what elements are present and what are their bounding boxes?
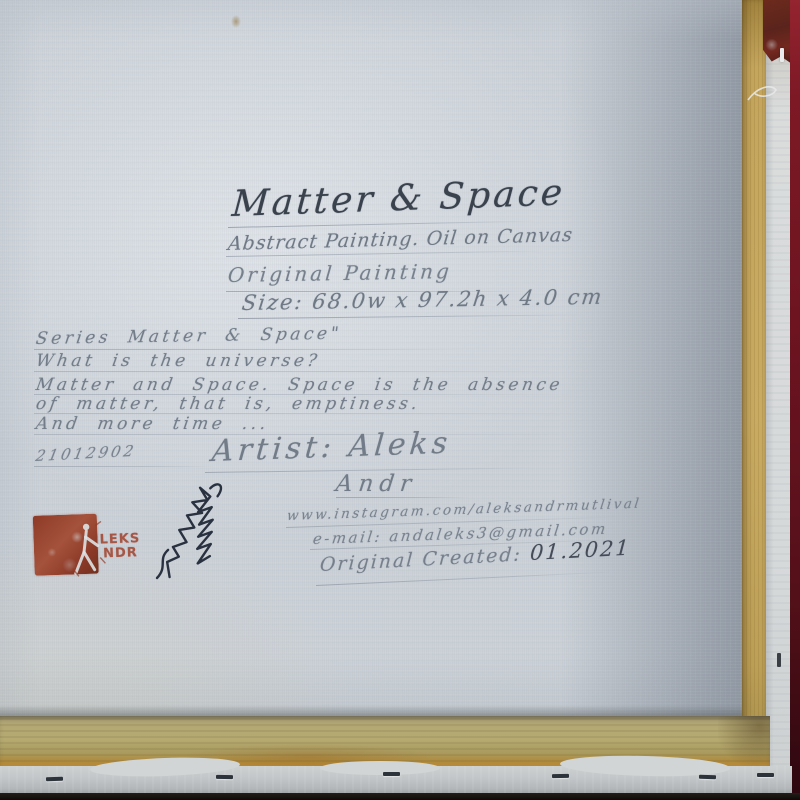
canvas-stain — [231, 15, 241, 28]
inscription-question: What is the universe? — [34, 351, 321, 371]
pencil-rule — [34, 349, 464, 350]
staple — [757, 773, 774, 777]
canvas-wrapped-edge-right — [766, 0, 792, 800]
crate-bottom-gap — [0, 793, 800, 800]
pencil-rule — [34, 394, 582, 395]
staple — [216, 775, 233, 779]
pencil-rule — [34, 434, 579, 435]
staple — [699, 775, 716, 780]
inscription-body-line1: Matter and Space. Space is the absence — [34, 375, 564, 395]
inscription-artist-name-2: Andr — [334, 471, 418, 497]
staple — [777, 653, 781, 667]
inscription-body-line3: And more time ... — [34, 414, 270, 434]
canvas-edge-fold — [320, 761, 440, 775]
pencil-rule — [226, 291, 526, 292]
frame-corner-shadow — [718, 716, 770, 768]
crate-corner-patch — [763, 0, 792, 64]
stamp-text: LEKS NDR — [99, 532, 141, 561]
staple — [552, 774, 569, 778]
pencil-rule — [34, 413, 590, 414]
crate-red-side — [790, 0, 800, 800]
artist-stamp: LEKS NDR — [33, 510, 140, 592]
stamp-text-line2: NDR — [103, 546, 141, 561]
staple — [383, 772, 400, 776]
staple — [780, 48, 784, 62]
pencil-rule — [34, 371, 564, 372]
stretcher-bar-right — [742, 0, 767, 756]
inscription-body-line2: of matter, that is, emptiness. — [34, 394, 421, 414]
staple — [46, 777, 63, 782]
canvas-back-photo: Matter & Space Abstract Painting. Oil on… — [0, 0, 800, 800]
inscription-edition: Original Painting — [227, 259, 453, 287]
loose-thread — [744, 76, 786, 108]
pencil-rule — [336, 497, 468, 498]
